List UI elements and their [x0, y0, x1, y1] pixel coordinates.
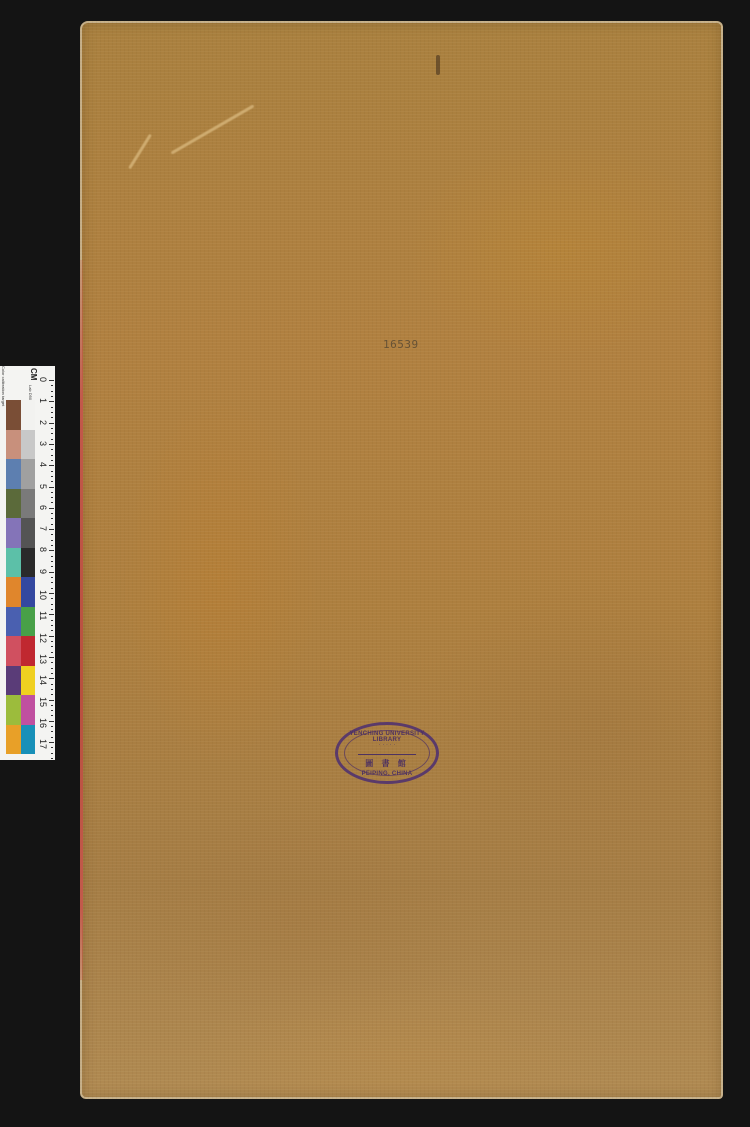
- swatch-neutral-5: [21, 489, 35, 519]
- ruler-tick: [51, 705, 53, 706]
- ruler-tick: [49, 657, 54, 658]
- swatch-neutral-6.5: [21, 459, 35, 489]
- ruler-tick-label: 8: [38, 547, 48, 561]
- ruler-tick: [51, 513, 53, 514]
- ruler-tick: [49, 529, 54, 530]
- swatch-cyan: [21, 725, 35, 755]
- swatch-white: [21, 400, 35, 430]
- ruler-tick: [51, 604, 53, 605]
- ruler-tick-label: 10: [38, 590, 48, 604]
- ruler-tick: [49, 401, 54, 402]
- ruler-tick: [51, 481, 53, 482]
- ruler-tick: [49, 572, 54, 573]
- ruler-tick: [51, 449, 53, 450]
- swatch-dark-skin: [6, 400, 21, 430]
- ruler-tick: [51, 518, 53, 519]
- swatch-blue: [21, 577, 35, 607]
- swatch-foliage: [6, 489, 21, 519]
- ruler-tick: [51, 694, 53, 695]
- ruler-tick: [51, 625, 53, 626]
- swatch-blue-sky: [6, 459, 21, 489]
- ruler-tick: [51, 652, 53, 653]
- ruler-tick-label: 1: [38, 398, 48, 412]
- ruler-tick: [51, 391, 53, 392]
- ruler-tick-label: 5: [38, 484, 48, 498]
- ruler-tick: [51, 646, 53, 647]
- ruler-tick: [51, 668, 53, 669]
- ruler-tick: [51, 577, 53, 578]
- ruler-tick: [51, 396, 53, 397]
- ruler-tick: [51, 630, 53, 631]
- ruler-tick: [51, 715, 53, 716]
- ruler-tick: [51, 582, 53, 583]
- ruler-tick-label: 16: [38, 718, 48, 732]
- ruler-tick: [49, 487, 54, 488]
- ruler-tick: [51, 497, 53, 498]
- ruler-tick: [51, 385, 53, 386]
- swatch-neutral-3.5: [21, 518, 35, 548]
- ruler-tick: [49, 593, 54, 594]
- ruler-tick: [49, 678, 54, 679]
- ruler-tick: [51, 673, 53, 674]
- ruler-tick: [51, 433, 53, 434]
- ruler-tick: [51, 439, 53, 440]
- book-cover: [80, 21, 723, 1099]
- ruler-tick: [51, 407, 53, 408]
- ruler-tick-label: 2: [38, 420, 48, 434]
- ruler-tick: [51, 710, 53, 711]
- ruler-tick: [51, 662, 53, 663]
- ruler-tick: [51, 588, 53, 589]
- ruler-tick: [49, 508, 54, 509]
- ruler-tick-label: 11: [38, 611, 48, 625]
- library-stamp: YENCHING UNIVERSITY LIBRARY · · · · · 圖 …: [335, 722, 439, 784]
- swatch-magenta: [21, 695, 35, 725]
- ruler-tick: [51, 689, 53, 690]
- ruler-tick: [51, 540, 53, 541]
- swatch-yellow: [21, 666, 35, 696]
- ruler-tick-label: 15: [38, 697, 48, 711]
- swatch-orange-yellow: [6, 725, 21, 755]
- ruler-tick: [51, 747, 53, 748]
- stamp-cjk-text: 圖 書 館: [338, 758, 436, 769]
- ruler-tick: [51, 620, 53, 621]
- ruler-tick: [51, 417, 53, 418]
- ruler-tick: [49, 550, 54, 551]
- ruler-tick: [51, 492, 53, 493]
- ruler-tick-label: 17: [38, 739, 48, 753]
- swatch-bluish-green: [6, 548, 21, 578]
- swatch-orange: [6, 577, 21, 607]
- ruler-tick: [51, 731, 53, 732]
- ruler-tick: [49, 721, 54, 722]
- ruler-unit: CM: [29, 368, 38, 380]
- ruler-tick-label: 14: [38, 675, 48, 689]
- ruler-tick: [51, 502, 53, 503]
- ruler-tick: [51, 476, 53, 477]
- ruler-tick: [49, 614, 54, 615]
- red-page-edge: [80, 260, 83, 980]
- swatch-neutral-8: [21, 430, 35, 460]
- ruler-tick: [51, 609, 53, 610]
- ruler-tick: [51, 753, 53, 754]
- ruler-tick-label: 3: [38, 441, 48, 455]
- swatch-purple: [6, 666, 21, 696]
- ruler-tick: [49, 380, 54, 381]
- ruler-tick: [51, 726, 53, 727]
- ruler-tick: [51, 566, 53, 567]
- ruler-tick: [49, 636, 54, 637]
- cover-mark: [436, 55, 440, 75]
- ruler-tick: [49, 444, 54, 445]
- swatch-red: [21, 636, 35, 666]
- swatch-green: [21, 607, 35, 637]
- ruler-tick-label: 13: [38, 654, 48, 668]
- swatch-purplish-blue: [6, 607, 21, 637]
- ruler-tick: [51, 455, 53, 456]
- ruler-tick: [51, 412, 53, 413]
- ruler-tick: [51, 534, 53, 535]
- swatch-black: [21, 548, 35, 578]
- call-number: 16539: [383, 338, 419, 351]
- stamp-top-text: YENCHING UNIVERSITY LIBRARY: [338, 731, 436, 743]
- ruler-tick-label: 12: [38, 633, 48, 647]
- stamp-divider: [358, 754, 416, 755]
- ruler-tick: [49, 423, 54, 424]
- ruler-tick: [49, 700, 54, 701]
- ruler-tick: [51, 428, 53, 429]
- stamp-middle-text: · · · · ·: [338, 742, 436, 748]
- ruler-tick-label: 4: [38, 462, 48, 476]
- ruler-tick-label: 6: [38, 505, 48, 519]
- swatch-blue-flower: [6, 518, 21, 548]
- swatch-yellow-green: [6, 695, 21, 725]
- ruler-tick: [51, 545, 53, 546]
- ruler-tick: [51, 524, 53, 525]
- ruler-tick: [49, 465, 54, 466]
- ruler-tick: [49, 742, 54, 743]
- ruler-tick: [51, 641, 53, 642]
- swatch-light-skin: [6, 430, 21, 460]
- stamp-bottom-text: PEIPING, CHINA: [338, 771, 436, 777]
- ruler-tick: [51, 471, 53, 472]
- ruler-tick: [51, 460, 53, 461]
- ruler-tick: [51, 598, 53, 599]
- swatch-moderate-red: [6, 636, 21, 666]
- ruler-tick: [51, 561, 53, 562]
- ruler-tick: [51, 758, 53, 759]
- ruler-tick-label: 9: [38, 569, 48, 583]
- ruler-tick: [51, 556, 53, 557]
- ruler-tick-label: 7: [38, 526, 48, 540]
- ruler-tick-label: 0: [38, 377, 48, 391]
- ruler-tick: [51, 737, 53, 738]
- ruler-tick: [51, 684, 53, 685]
